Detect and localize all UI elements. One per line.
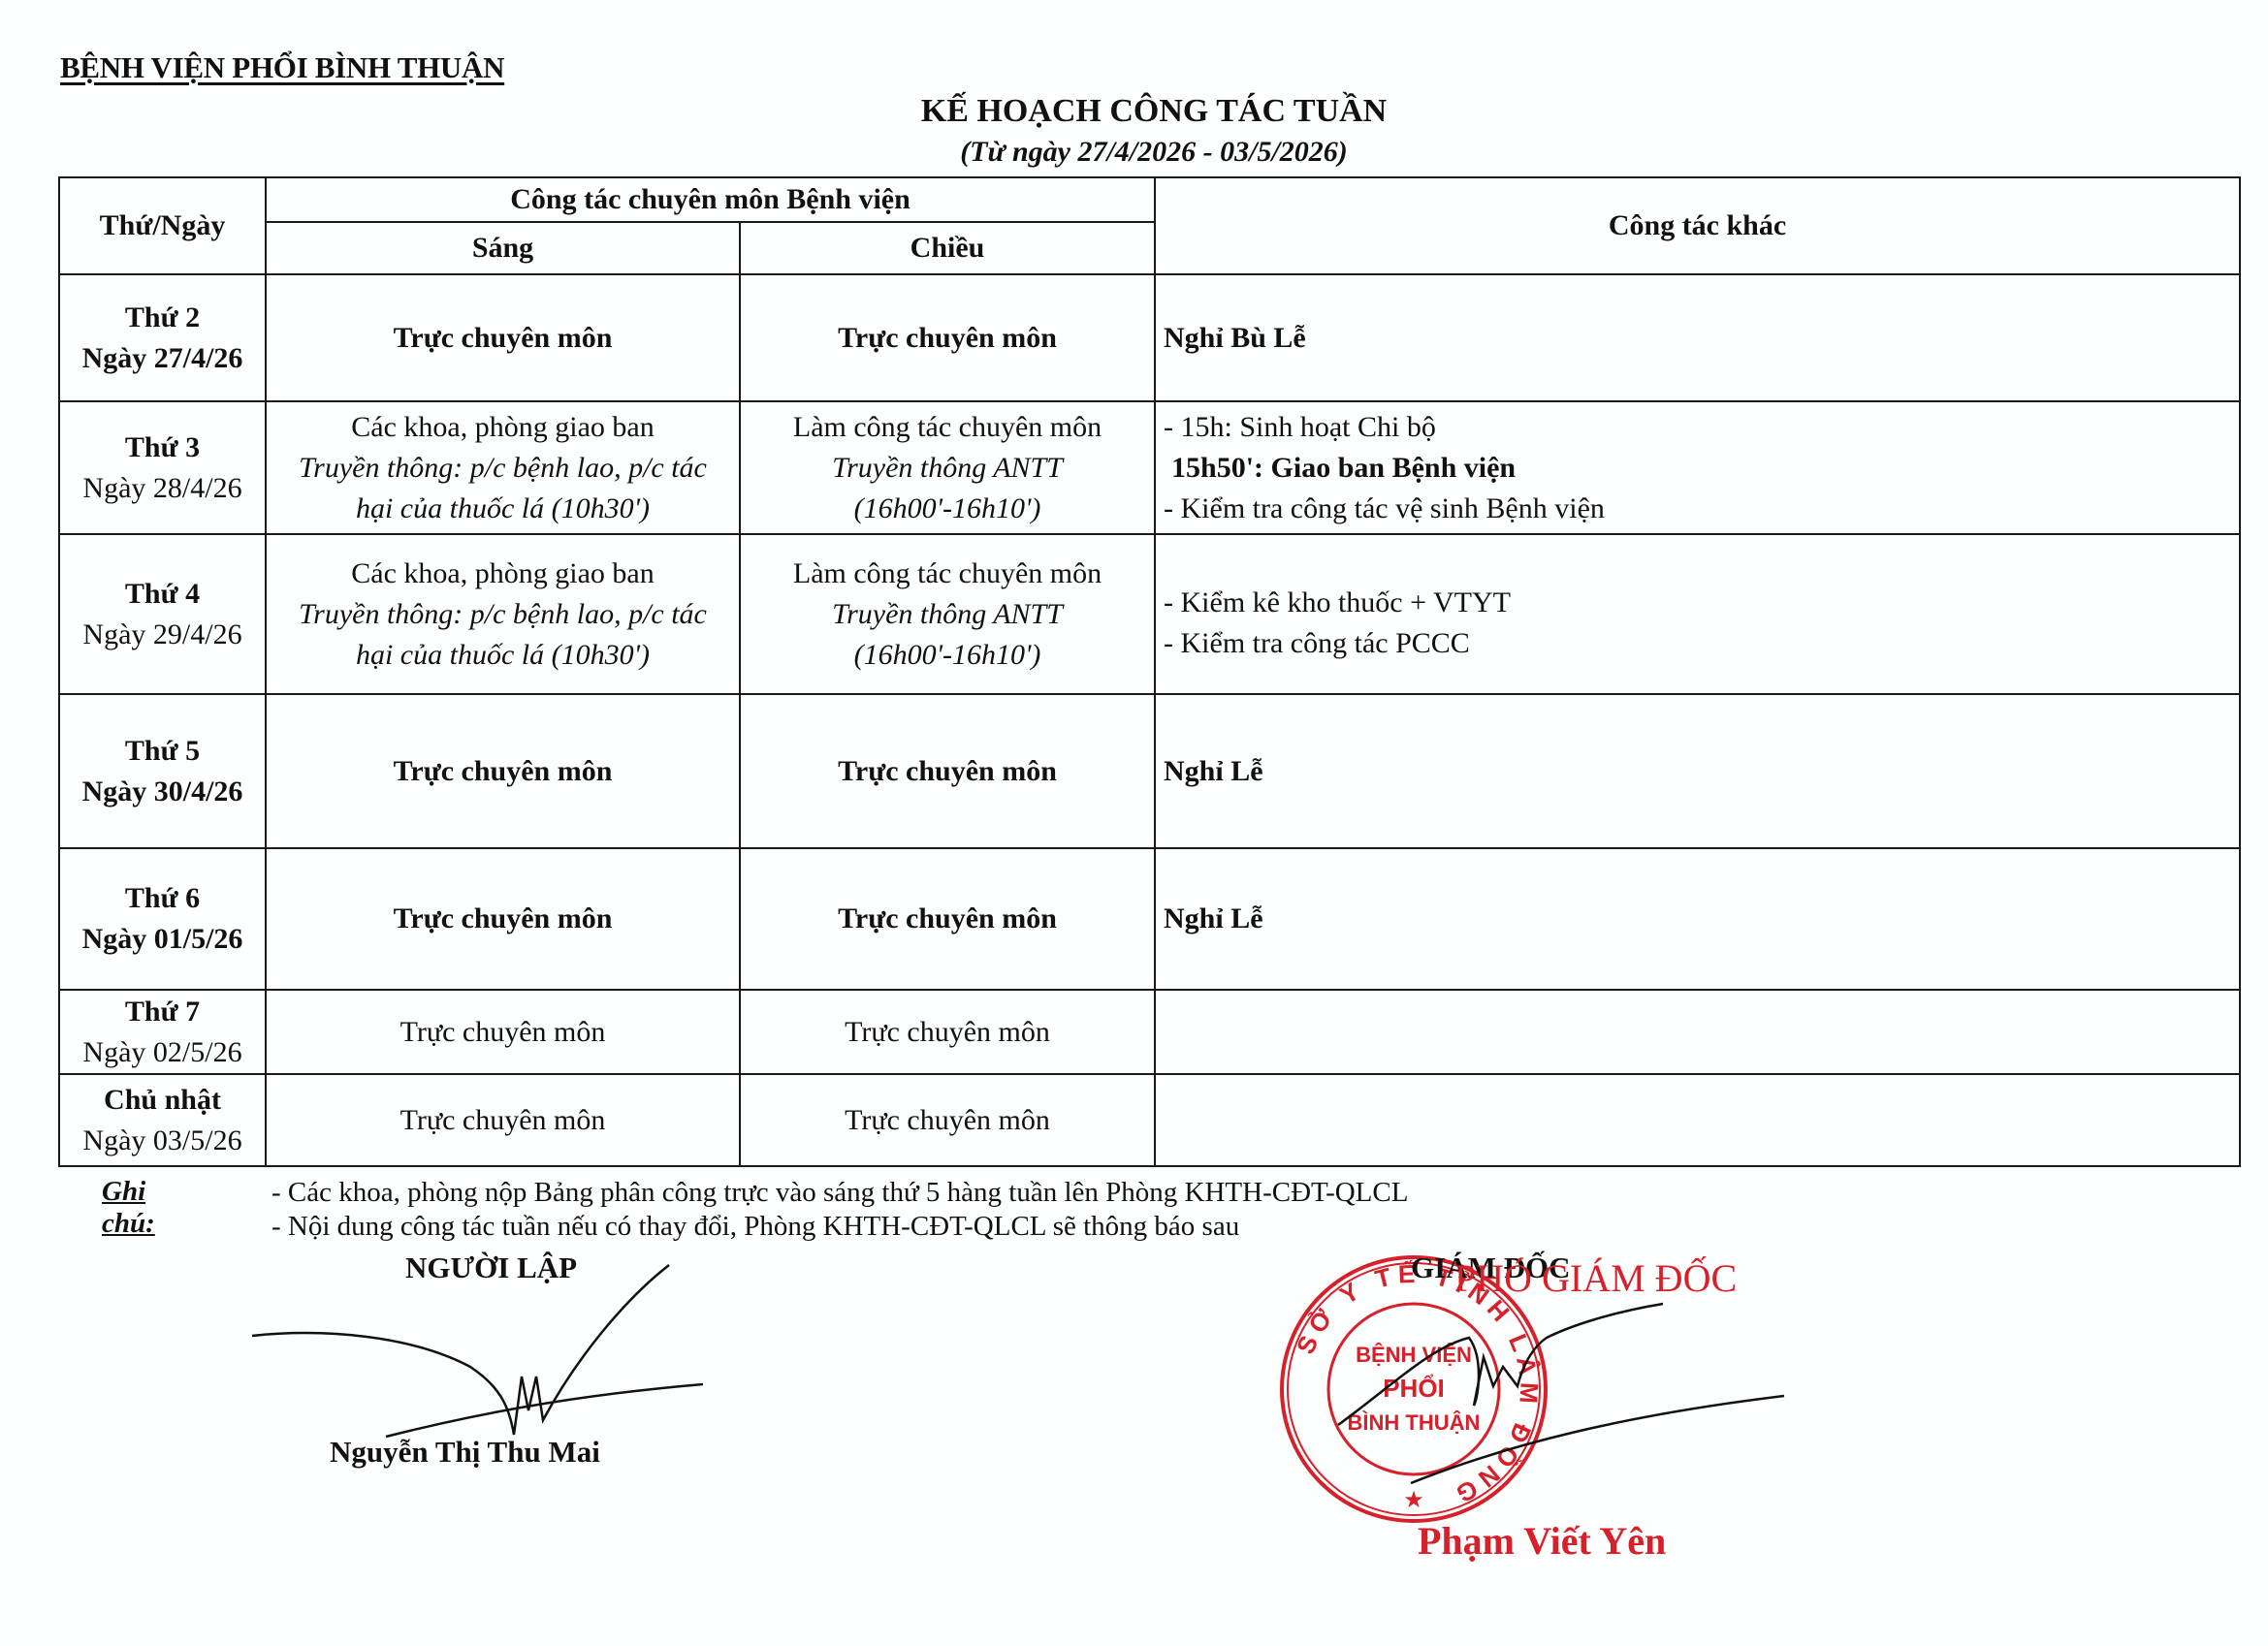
morning-line: Trực chuyên môn	[272, 1012, 733, 1053]
date: Ngày 29/4/26	[66, 615, 259, 655]
preparer-signature	[247, 1260, 732, 1454]
document-title: KẾ HOẠCH CÔNG TÁC TUẦN	[776, 93, 1532, 130]
date: Ngày 27/4/26	[66, 338, 259, 379]
note-item: - Nội dung công tác tuần nếu có thay đổi…	[272, 1210, 1726, 1244]
afternoon-line: Trực chuyên môn	[747, 751, 1148, 792]
afternoon-line: Trực chuyên môn	[747, 1012, 1148, 1053]
afternoon-cell: Làm công tác chuyên mônTruyền thông ANTT…	[740, 534, 1155, 694]
other-line: - Kiểm kê kho thuốc + VTYT	[1164, 583, 2233, 623]
weekday: Chủ nhật	[66, 1080, 259, 1121]
afternoon-line: Truyền thông ANTT	[747, 594, 1148, 635]
afternoon-cell: Trực chuyên môn	[740, 1074, 1155, 1166]
header-afternoon: Chiều	[740, 222, 1155, 274]
date: Ngày 28/4/26	[66, 468, 259, 509]
table-row: Thứ 3Ngày 28/4/26Các khoa, phòng giao ba…	[59, 401, 2240, 534]
weekday: Thứ 2	[66, 298, 259, 338]
other-cell: Nghỉ Bù Lễ	[1155, 274, 2240, 401]
table-row: Thứ 5Ngày 30/4/26Trực chuyên mônTrực chu…	[59, 694, 2240, 848]
table-row: Thứ 4Ngày 29/4/26Các khoa, phòng giao ba…	[59, 534, 2240, 694]
table-row: Chủ nhậtNgày 03/5/26Trực chuyên mônTrực …	[59, 1074, 2240, 1166]
other-cell: Nghỉ Lễ	[1155, 848, 2240, 990]
morning-line: Trực chuyên môn	[272, 899, 733, 939]
table-row: Thứ 2Ngày 27/4/26Trực chuyên mônTrực chu…	[59, 274, 2240, 401]
afternoon-cell: Làm công tác chuyên mônTruyền thông ANTT…	[740, 401, 1155, 534]
other-cell: Nghỉ Lễ	[1155, 694, 2240, 848]
date: Ngày 01/5/26	[66, 919, 259, 960]
header-day: Thứ/Ngày	[59, 177, 266, 274]
other-line: Nghỉ Bù Lễ	[1164, 318, 2233, 359]
preparer-title: NGƯỜI LẬP	[405, 1250, 577, 1285]
morning-line: Truyền thông: p/c bệnh lao, p/c tác	[272, 594, 733, 635]
day-cell: Thứ 2Ngày 27/4/26	[59, 274, 266, 401]
other-line: - Kiểm tra công tác vệ sinh Bệnh viện	[1164, 489, 2233, 529]
other-line: Nghỉ Lễ	[1164, 899, 2233, 939]
other-line: 15h50': Giao ban Bệnh viện	[1164, 448, 2233, 489]
day-cell: Thứ 6Ngày 01/5/26	[59, 848, 266, 990]
other-cell: - Kiểm kê kho thuốc + VTYT- Kiểm tra côn…	[1155, 534, 2240, 694]
afternoon-line: (16h00'-16h10')	[747, 635, 1148, 676]
table-row: Thứ 6Ngày 01/5/26Trực chuyên mônTrực chu…	[59, 848, 2240, 990]
stamp-line: PHỔI	[1383, 1374, 1445, 1403]
morning-line: Truyền thông: p/c bệnh lao, p/c tác	[272, 448, 733, 489]
morning-cell: Các khoa, phòng giao banTruyền thông: p/…	[266, 534, 740, 694]
afternoon-line: (16h00'-16h10')	[747, 489, 1148, 529]
header-hospital-work: Công tác chuyên môn Bệnh viện	[266, 177, 1155, 222]
day-cell: Thứ 7Ngày 02/5/26	[59, 990, 266, 1074]
table-row: Thứ 7Ngày 02/5/26Trực chuyên mônTrực chu…	[59, 990, 2240, 1074]
other-line: - 15h: Sinh hoạt Chi bộ	[1164, 407, 2233, 448]
morning-cell: Trực chuyên môn	[266, 274, 740, 401]
morning-cell: Các khoa, phòng giao banTruyền thông: p/…	[266, 401, 740, 534]
date: Ngày 03/5/26	[66, 1121, 259, 1161]
day-cell: Thứ 3Ngày 28/4/26	[59, 401, 266, 534]
morning-line: Trực chuyên môn	[272, 751, 733, 792]
preparer-name: Nguyễn Thị Thu Mai	[330, 1435, 600, 1470]
weekday: Thứ 4	[66, 574, 259, 615]
afternoon-line: Truyền thông ANTT	[747, 448, 1148, 489]
weekday: Thứ 6	[66, 878, 259, 919]
date: Ngày 02/5/26	[66, 1032, 259, 1073]
weekday: Thứ 5	[66, 731, 259, 772]
date-range: (Từ ngày 27/4/2026 - 03/5/2026)	[776, 136, 1532, 169]
day-cell: Thứ 5Ngày 30/4/26	[59, 694, 266, 848]
table-body: Thứ 2Ngày 27/4/26Trực chuyên mônTrực chu…	[59, 274, 2240, 1166]
weekday: Thứ 3	[66, 427, 259, 468]
header-morning: Sáng	[266, 222, 740, 274]
star-icon: ★	[1403, 1487, 1424, 1513]
afternoon-cell: Trực chuyên môn	[740, 848, 1155, 990]
day-cell: Thứ 4Ngày 29/4/26	[59, 534, 266, 694]
afternoon-line: Trực chuyên môn	[747, 1100, 1148, 1141]
morning-cell: Trực chuyên môn	[266, 694, 740, 848]
morning-line: Trực chuyên môn	[272, 318, 733, 359]
organization-name: BỆNH VIỆN PHỔI BÌNH THUẬN	[60, 50, 504, 85]
weekly-plan-table: Thứ/Ngày Công tác chuyên môn Bệnh viện C…	[58, 176, 2241, 1167]
afternoon-line: Trực chuyên môn	[747, 899, 1148, 939]
morning-line: Trực chuyên môn	[272, 1100, 733, 1141]
morning-line: hại của thuốc lá (10h30')	[272, 635, 733, 676]
deputy-director-title: PHÓ GIÁM ĐỐC	[1454, 1255, 1737, 1301]
morning-cell: Trực chuyên môn	[266, 1074, 740, 1166]
date: Ngày 30/4/26	[66, 772, 259, 812]
other-line: - Kiểm tra công tác PCCC	[1164, 623, 2233, 664]
weekday: Thứ 7	[66, 992, 259, 1032]
stamp-line: BỆNH VIỆN	[1356, 1343, 1472, 1367]
note-item: - Các khoa, phòng nộp Bảng phân công trự…	[272, 1176, 1726, 1210]
morning-line: Các khoa, phòng giao ban	[272, 407, 733, 448]
morning-cell: Trực chuyên môn	[266, 990, 740, 1074]
other-line: Nghỉ Lễ	[1164, 751, 2233, 792]
other-cell	[1155, 1074, 2240, 1166]
day-cell: Chủ nhậtNgày 03/5/26	[59, 1074, 266, 1166]
morning-line: hại của thuốc lá (10h30')	[272, 489, 733, 529]
other-cell	[1155, 990, 2240, 1074]
other-cell: - 15h: Sinh hoạt Chi bộ15h50': Giao ban …	[1155, 401, 2240, 534]
afternoon-cell: Trực chuyên môn	[740, 274, 1155, 401]
morning-line: Các khoa, phòng giao ban	[272, 554, 733, 594]
notes-label: Ghi chú:	[102, 1176, 155, 1240]
director-name: Phạm Viết Yên	[1418, 1518, 1666, 1564]
afternoon-cell: Trực chuyên môn	[740, 694, 1155, 848]
afternoon-cell: Trực chuyên môn	[740, 990, 1155, 1074]
header-other-work: Công tác khác	[1155, 177, 2240, 274]
afternoon-line: Trực chuyên môn	[747, 318, 1148, 359]
stamp-line: BÌNH THUẬN	[1348, 1410, 1481, 1435]
afternoon-line: Làm công tác chuyên môn	[747, 554, 1148, 594]
notes-list: - Các khoa, phòng nộp Bảng phân công trự…	[272, 1176, 1726, 1244]
afternoon-line: Làm công tác chuyên môn	[747, 407, 1148, 448]
morning-cell: Trực chuyên môn	[266, 848, 740, 990]
